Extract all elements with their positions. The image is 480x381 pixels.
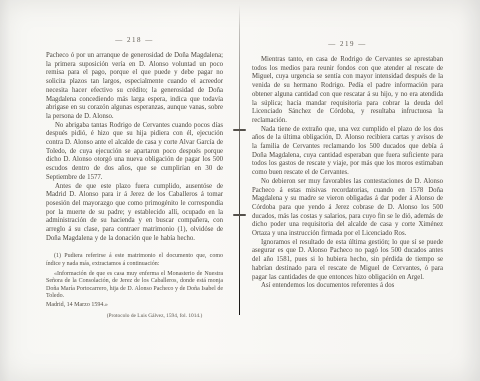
paragraph: Nada tiene de extraño que, una vez cumpl… [252,126,443,178]
footnote-intro: (1) Pudiera referirse á este matrimonio … [46,253,223,268]
paragraph: Pacheco ó por un arranque de generosidad… [46,52,223,122]
page-right: — 219 — Mientras tanto, en casa de Rodri… [252,40,443,291]
paragraph: Ignoramos el resultado de esta última ge… [252,239,443,283]
binding-tick-bottom [233,214,246,216]
paragraph: Antes de que este plazo fuera cumplido, … [46,183,223,244]
closing-line: Así entendemos los documentos referentes… [252,282,443,291]
gutter-binding-line [239,5,240,315]
footnote-quote: «Información de que es casa muy enferma … [46,271,223,301]
page-number-right: — 219 — [252,40,443,48]
paragraph: Mientras tanto, en casa de Rodrigo de Ce… [252,56,443,126]
footnote-date-line: Madrid, 14 Marzo 1594.» [46,302,223,310]
paragraph: No debieron ser muy favorables las conte… [252,178,443,239]
binding-tick-top [233,129,246,131]
scanned-book-spread: — 218 — Pacheco ó por un arranque de gen… [0,0,480,381]
footnote-source-citation: (Protocolo de Luis Gálvez, 1594, fol. 10… [46,313,223,321]
paragraph: No abrigaba tantas Rodrigo de Cervantes … [46,122,223,183]
footnote-block: (1) Pudiera referirse á este matrimonio … [46,253,223,320]
page-number-left: — 218 — [46,36,223,44]
page-left: — 218 — Pacheco ó por un arranque de gen… [46,36,223,320]
